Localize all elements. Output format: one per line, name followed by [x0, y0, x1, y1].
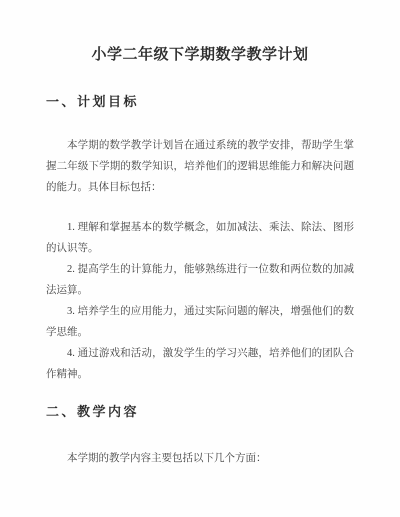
- goal-list: 1. 理解和掌握基本的数学概念，如加减法、乘法、除法、图形的认识等。 2. 提高…: [46, 217, 354, 385]
- section-2-heading: 二、教学内容: [46, 405, 354, 418]
- goal-item-4: 4. 通过游戏和活动，激发学生的学习兴趣，培养他们的团队合作精神。: [46, 343, 354, 385]
- document-title: 小学二年级下学期数学教学计划: [46, 47, 354, 63]
- section-2-intro-paragraph: 本学期的教学内容主要包括以下几个方面：: [46, 448, 354, 469]
- goal-item-3: 3. 培养学生的应用能力，通过实际问题的解决，增强他们的数学思维。: [46, 301, 354, 343]
- goal-item-1: 1. 理解和掌握基本的数学概念，如加减法、乘法、除法、图形的认识等。: [46, 217, 354, 259]
- section-1-heading: 一、计划目标: [46, 95, 354, 108]
- goal-item-2: 2. 提高学生的计算能力，能够熟练进行一位数和两位数的加减法运算。: [46, 259, 354, 301]
- document-page: 小学二年级下学期数学教学计划 一、计划目标 本学期的数学教学计划旨在通过系统的教…: [0, 0, 400, 517]
- section-1-intro-paragraph: 本学期的数学教学计划旨在通过系统的教学安排，帮助学生掌握二年级下学期的数学知识，…: [46, 135, 354, 198]
